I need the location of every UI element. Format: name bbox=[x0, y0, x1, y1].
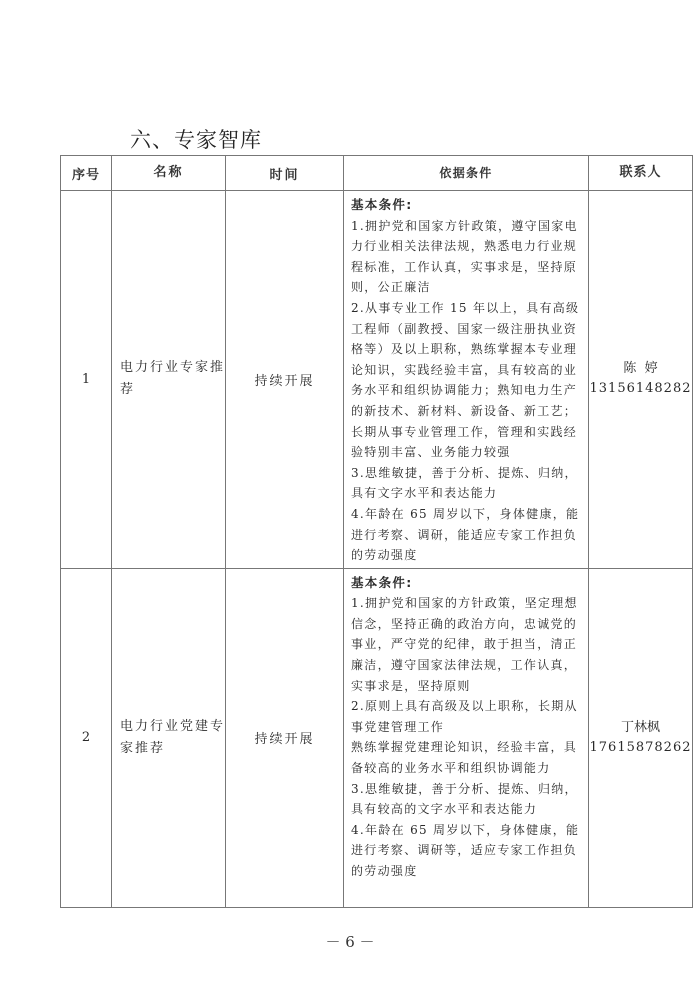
table-header-row: 序号 名称 时间 依据条件 联系人 bbox=[61, 156, 693, 191]
row-time: 持续开展 bbox=[226, 191, 344, 569]
row-name: 电力行业专家推荐 bbox=[112, 191, 226, 569]
header-time: 时间 bbox=[226, 156, 344, 191]
expert-think-tank-table: 序号 名称 时间 依据条件 联系人 1 电力行业专家推荐 持续开展 基本条件: … bbox=[60, 155, 693, 908]
condition-item: 熟练掌握党建理论知识，经验丰富，具备较高的业务水平和组织协调能力 bbox=[351, 737, 582, 778]
condition-item: 1.拥护党和国家的方针政策，坚定理想信念，坚持正确的政治方向，忠诚党的事业，严守… bbox=[351, 593, 582, 696]
condition-item: 4.年龄在 65 周岁以下，身体健康，能进行考察、调研，能适应专家工作担负的劳动… bbox=[351, 504, 582, 566]
table-row: 1 电力行业专家推荐 持续开展 基本条件: 1.拥护党和国家方针政策，遵守国家电… bbox=[61, 191, 693, 569]
section-title: 六、专家智库 bbox=[130, 124, 262, 154]
condition-item: 2.从事专业工作 15 年以上，具有高级工程师（副教授、国家一级注册执业资格等）… bbox=[351, 298, 582, 463]
table-row: 2 电力行业党建专家推荐 持续开展 基本条件: 1.拥护党和国家的方针政策，坚定… bbox=[61, 568, 693, 907]
contact-name: 丁林枫 bbox=[589, 718, 692, 738]
condition-item: 2.原则上具有高级及以上职称，长期从事党建管理工作 bbox=[351, 696, 582, 737]
contact-name: 陈 婷 bbox=[589, 359, 692, 379]
header-serial: 序号 bbox=[61, 156, 112, 191]
header-name: 名称 bbox=[112, 156, 226, 191]
row-conditions: 基本条件: 1.拥护党和国家的方针政策，坚定理想信念，坚持正确的政治方向，忠诚党… bbox=[344, 568, 589, 907]
row-serial: 1 bbox=[61, 191, 112, 569]
conditions-title: 基本条件: bbox=[351, 573, 582, 594]
row-name: 电力行业党建专家推荐 bbox=[112, 568, 226, 907]
condition-item: 3.思维敏捷，善于分析、提炼、归纳，具有较高的文字水平和表达能力 bbox=[351, 779, 582, 820]
row-serial: 2 bbox=[61, 568, 112, 907]
header-contact: 联系人 bbox=[589, 156, 693, 191]
row-contact: 陈 婷 13156148282 bbox=[589, 191, 693, 569]
contact-phone: 13156148282 bbox=[589, 379, 692, 399]
row-time: 持续开展 bbox=[226, 568, 344, 907]
conditions-title: 基本条件: bbox=[351, 195, 582, 216]
row-contact: 丁林枫 17615878262 bbox=[589, 568, 693, 907]
contact-phone: 17615878262 bbox=[589, 738, 692, 758]
condition-item: 4.年龄在 65 周岁以下，身体健康，能进行考察、调研等，适应专家工作担负的劳动… bbox=[351, 820, 582, 882]
header-conditions: 依据条件 bbox=[344, 156, 589, 191]
page-number: － 6 － bbox=[0, 931, 700, 952]
condition-item: 3.思维敏捷，善于分析、提炼、归纳，具有文字水平和表达能力 bbox=[351, 463, 582, 504]
row-conditions: 基本条件: 1.拥护党和国家方针政策，遵守国家电力行业相关法律法规，熟悉电力行业… bbox=[344, 191, 589, 569]
condition-item: 1.拥护党和国家方针政策，遵守国家电力行业相关法律法规，熟悉电力行业规程标准，工… bbox=[351, 216, 582, 298]
